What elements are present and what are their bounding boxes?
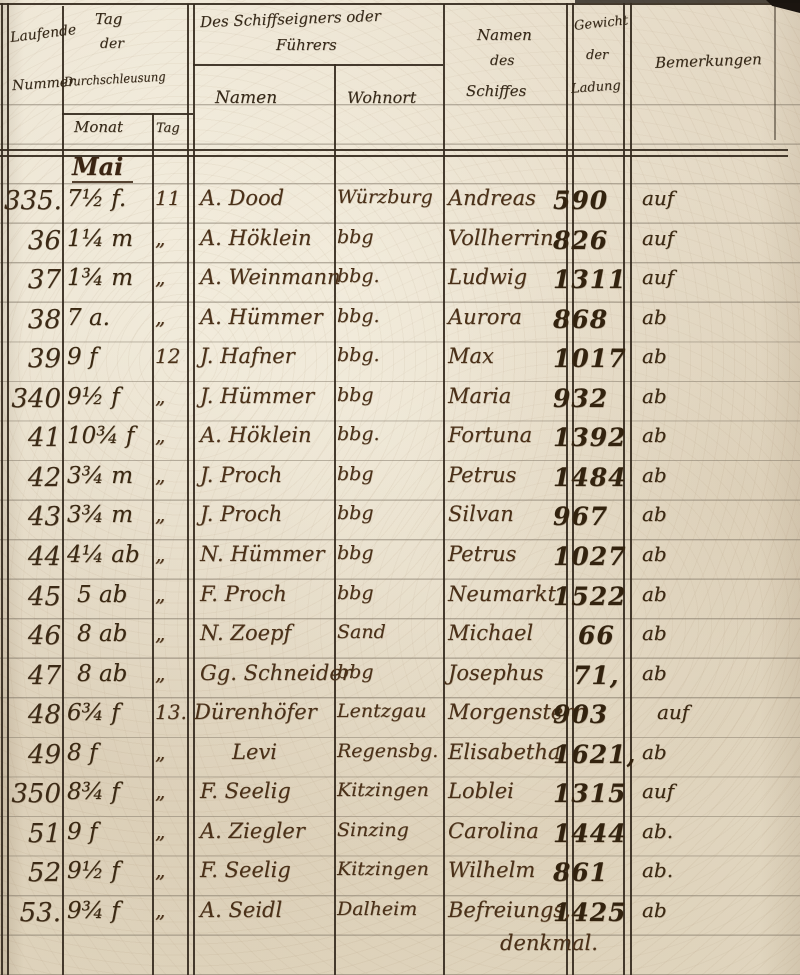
owner-header-split-line xyxy=(193,64,443,66)
cargo-weight-cell: 1425 xyxy=(553,898,627,927)
ship-name-cell: Max xyxy=(448,344,494,368)
col-header-running-number-line1: Laufende xyxy=(9,22,77,46)
lockage-time-cell: 8 ab xyxy=(77,621,127,647)
owner-home-cell: Sinzing xyxy=(337,819,409,841)
owner-home-cell: Kitzingen xyxy=(337,779,429,801)
ship-name-cell: Vollherrin xyxy=(448,226,554,250)
ship-name-cell: Silvan xyxy=(448,502,514,526)
ship-name-cell: Petrus xyxy=(448,463,516,487)
owner-name-cell: A. Höklein xyxy=(200,423,312,447)
owner-name-cell: F. Proch xyxy=(200,582,287,606)
col-header-weight-line3: Ladung xyxy=(571,78,622,96)
col-header-weight-line1: Gewicht xyxy=(573,13,629,34)
row-number: 43 xyxy=(4,502,61,532)
cargo-weight-cell: 1315 xyxy=(553,779,627,808)
table-row: 41 10¾ f „ A. Höklein bbg. Fortuna 1392 … xyxy=(0,423,800,463)
owner-home-cell: bbg xyxy=(337,463,374,485)
row-number: 47 xyxy=(4,661,61,691)
table-row: 44 4¼ ab „ N. Hümmer bbg Petrus 1027 ab xyxy=(0,542,800,582)
lockage-day-cell: „ xyxy=(155,542,165,566)
direction-remark-cell: ab xyxy=(642,621,667,645)
ship-name-cell: Michael xyxy=(448,621,533,645)
cargo-weight-cell: 1311 xyxy=(553,265,627,294)
lockage-day-cell: „ xyxy=(155,621,165,645)
ledger-page: Laufende Nummer Tag der Durchschleusung … xyxy=(0,0,800,975)
ship-name-cell: Aurora xyxy=(448,305,522,329)
cargo-weight-cell: 1522 xyxy=(553,582,627,611)
col-subheader-day: Tag xyxy=(156,121,180,136)
col-header-lockage-line2: der xyxy=(100,36,124,52)
owner-name-cell: A. Seidl xyxy=(200,898,282,922)
lockage-time-cell: 9 f xyxy=(67,819,97,845)
owner-home-cell: bbg xyxy=(337,226,374,248)
owner-name-cell: Levi xyxy=(232,740,277,764)
direction-remark-cell: ab xyxy=(642,463,667,487)
cargo-weight-cell: 1027 xyxy=(553,542,627,571)
direction-remark-cell: ab xyxy=(642,423,667,447)
table-row: 47 8 ab „ Gg. Schneider bbg Josephus 71,… xyxy=(0,661,800,701)
row-number: 340 xyxy=(4,384,61,414)
ship-name-cell: Ludwig xyxy=(448,265,527,289)
row-number: 335. xyxy=(4,186,61,216)
lockage-time-cell: 9¾ f xyxy=(67,898,120,924)
row-number: 44 xyxy=(4,542,61,572)
lockage-time-cell: 1¾ m xyxy=(67,265,133,291)
row-number: 350 xyxy=(4,779,61,809)
direction-remark-cell: ab xyxy=(642,305,667,329)
lockage-time-cell: 9½ f xyxy=(67,384,120,410)
cargo-weight-cell: 71, xyxy=(573,661,620,690)
row-number: 41 xyxy=(4,423,61,453)
lockage-day-cell: 13. xyxy=(155,700,187,724)
col-subheader-owner-home: Wohnort xyxy=(347,88,416,107)
direction-remark-cell: ab xyxy=(642,661,667,685)
direction-remark-cell: auf xyxy=(642,265,674,289)
owner-home-cell: bbg. xyxy=(337,265,380,287)
lockage-day-cell: „ xyxy=(155,463,165,487)
table-row: 49 8 f „ Levi Regensbg. Elisabetha 1621,… xyxy=(0,740,800,780)
lockage-day-cell: „ xyxy=(155,305,165,329)
ship-name-cell: Loblei xyxy=(448,779,514,803)
col-header-lockage-line3: Durchschleusung xyxy=(64,69,166,89)
ship-name-cell: Fortuna xyxy=(448,423,532,447)
col-header-ship-line2: des xyxy=(490,53,514,69)
cargo-weight-cell: 967 xyxy=(553,502,608,531)
owner-name-cell: A. Dood xyxy=(200,186,284,210)
row-number: 39 xyxy=(4,344,61,374)
ship-name-cell: Andreas xyxy=(448,186,536,210)
owner-home-cell: Dalheim xyxy=(337,898,417,920)
date-header-split-line xyxy=(62,113,193,115)
owner-home-cell: bbg xyxy=(337,582,374,604)
lockage-day-cell: „ xyxy=(155,502,165,526)
owner-name-cell: J. Proch xyxy=(200,502,282,526)
row-number: 42 xyxy=(4,463,61,493)
table-row: 51 9 f „ A. Ziegler Sinzing Carolina 144… xyxy=(0,819,800,859)
ship-name-cell: Maria xyxy=(448,384,511,408)
col-subheader-month: Monat xyxy=(74,118,123,136)
col-header-ship-line1: Namen xyxy=(477,26,532,44)
lockage-day-cell: „ xyxy=(155,265,165,289)
lockage-day-cell: „ xyxy=(155,423,165,447)
direction-remark-cell: ab. xyxy=(642,858,673,882)
owner-name-cell: N. Zoepf xyxy=(200,621,291,645)
direction-remark-cell: ab xyxy=(642,898,667,922)
owner-name-cell: J. Hümmer xyxy=(200,384,314,408)
owner-name-cell: A. Höklein xyxy=(200,226,312,250)
row-number: 49 xyxy=(4,740,61,770)
owner-name-cell: A. Weinmann xyxy=(200,265,341,289)
owner-home-cell: Kitzingen xyxy=(337,858,429,880)
header-bottom-line-outer xyxy=(0,149,788,151)
owner-name-cell: F. Seelig xyxy=(200,858,291,882)
table-row: 52 9½ f „ F. Seelig Kitzingen Wilhelm 86… xyxy=(0,858,800,898)
lockage-time-cell: 9½ f xyxy=(67,858,120,884)
lockage-day-cell: 12 xyxy=(155,344,180,368)
owner-home-cell: Lentzgau xyxy=(337,700,426,722)
lockage-time-cell: 7 a. xyxy=(67,305,110,331)
owner-name-cell: N. Hümmer xyxy=(200,542,325,566)
cargo-weight-cell: 826 xyxy=(553,226,608,255)
table-row: 45 5 ab „ F. Proch bbg Neumarkt 1522 ab xyxy=(0,582,800,622)
table-row: 46 8 ab „ N. Zoepf Sand Michael 66 ab xyxy=(0,621,800,661)
col-header-owner-line1: Des Schiffseigners oder xyxy=(200,7,381,31)
owner-home-cell: bbg xyxy=(337,384,374,406)
owner-name-cell: F. Seelig xyxy=(200,779,291,803)
ship-name-cell: Petrus xyxy=(448,542,516,566)
owner-name-cell: J. Proch xyxy=(200,463,282,487)
cargo-weight-cell: 1621, xyxy=(553,740,636,769)
cargo-weight-cell: 932 xyxy=(553,384,608,413)
ship-name-cell: Wilhelm xyxy=(448,858,535,882)
row-number: 53. xyxy=(4,898,61,928)
row-number: 37 xyxy=(4,265,61,295)
owner-name-cell: J. Hafner xyxy=(200,344,295,368)
row-number: 52 xyxy=(4,858,61,888)
owner-home-cell: Würzburg xyxy=(337,186,433,208)
cargo-weight-cell: 66 xyxy=(578,621,615,650)
lockage-day-cell: „ xyxy=(155,898,165,922)
ship-name-cell: Elisabetha xyxy=(448,740,560,764)
table-border-top xyxy=(0,3,788,5)
table-row: 42 3¾ m „ J. Proch bbg Petrus 1484 ab xyxy=(0,463,800,503)
lockage-day-cell: 11 xyxy=(155,186,180,210)
table-border-right xyxy=(774,0,776,140)
direction-remark-cell: auf xyxy=(657,700,689,724)
col-header-lockage-line1: Tag xyxy=(95,10,122,28)
owner-home-cell: bbg xyxy=(337,542,374,564)
lockage-time-cell: 10¾ f xyxy=(67,423,134,449)
cargo-weight-cell: 1392 xyxy=(553,423,627,452)
table-row: 350 8¾ f „ F. Seelig Kitzingen Loblei 13… xyxy=(0,779,800,819)
lockage-day-cell: „ xyxy=(155,740,165,764)
cargo-weight-cell: 1444 xyxy=(553,819,627,848)
table-row: 335. 7½ f. 11 A. Dood Würzburg Andreas 5… xyxy=(0,186,800,226)
col-header-ship-line3: Schiffes xyxy=(466,82,526,100)
col-subheader-owner-name: Namen xyxy=(215,88,277,108)
lockage-time-cell: 3¾ m xyxy=(67,502,133,528)
owner-name-cell: A. Ziegler xyxy=(200,819,305,843)
row-number: 51 xyxy=(4,819,61,849)
lockage-time-cell: 5 ab xyxy=(77,582,127,608)
table-row: 37 1¾ m „ A. Weinmann bbg. Ludwig 1311 a… xyxy=(0,265,800,305)
lockage-time-cell: 9 f xyxy=(67,344,97,370)
row-number: 36 xyxy=(4,226,61,256)
col-header-owner-line2: Führers xyxy=(276,36,337,54)
owner-name-cell: Dürenhöfer xyxy=(194,700,317,724)
owner-home-cell: bbg. xyxy=(337,423,380,445)
direction-remark-cell: ab xyxy=(642,384,667,408)
month-section-label: Mai xyxy=(72,152,133,183)
direction-remark-cell: auf xyxy=(642,779,674,803)
lockage-day-cell: „ xyxy=(155,226,165,250)
direction-remark-cell: ab xyxy=(642,344,667,368)
table-row: 43 3¾ m „ J. Proch bbg Silvan 967 ab xyxy=(0,502,800,542)
table-row: 48 6¾ f 13. Dürenhöfer Lentzgau Morgenst… xyxy=(0,700,800,740)
row-number: 48 xyxy=(4,700,61,730)
lockage-time-cell: 8 ab xyxy=(77,661,127,687)
lockage-day-cell: „ xyxy=(155,779,165,803)
col-header-remarks: Bemerkungen xyxy=(655,50,762,72)
owner-home-cell: Regensbg. xyxy=(337,740,438,762)
ship-name-cell: Neumarkt xyxy=(448,582,556,606)
lockage-day-cell: „ xyxy=(155,819,165,843)
lockage-time-cell: 3¾ m xyxy=(67,463,133,489)
lockage-day-cell: „ xyxy=(155,858,165,882)
cargo-weight-cell: 1484 xyxy=(553,463,627,492)
direction-remark-cell: auf xyxy=(642,186,674,210)
direction-remark-cell: ab xyxy=(642,542,667,566)
lockage-time-cell: 6¾ f xyxy=(67,700,120,726)
owner-name-cell: A. Hümmer xyxy=(200,305,323,329)
table-row: 340 9½ f „ J. Hümmer bbg Maria 932 ab xyxy=(0,384,800,424)
ship-name-cell: Josephus xyxy=(448,661,544,685)
scan-edge-shadow xyxy=(575,0,800,3)
lockage-day-cell: „ xyxy=(155,582,165,606)
row-number: 46 xyxy=(4,621,61,651)
lockage-time-cell: 1¼ m xyxy=(67,226,133,252)
direction-remark-cell: ab xyxy=(642,502,667,526)
cargo-weight-cell: 590 xyxy=(553,186,608,215)
ship-name-cell-line2: denkmal. xyxy=(500,931,598,955)
owner-home-cell: bbg xyxy=(337,661,374,683)
table-row: 53. 9¾ f „ A. Seidl Dalheim Befreiungs, … xyxy=(0,898,800,938)
cargo-weight-cell: 868 xyxy=(553,305,608,334)
table-row: 38 7 a. „ A. Hümmer bbg. Aurora 868 ab xyxy=(0,305,800,345)
direction-remark-cell: auf xyxy=(642,226,674,250)
lockage-time-cell: 4¼ ab xyxy=(67,542,140,568)
lockage-day-cell: „ xyxy=(155,661,165,685)
table-row: 39 9 f 12 J. Hafner bbg. Max 1017 ab xyxy=(0,344,800,384)
owner-home-cell: Sand xyxy=(337,621,386,643)
lockage-time-cell: 8 f xyxy=(67,740,97,766)
table-row: 36 1¼ m „ A. Höklein bbg Vollherrin 826 … xyxy=(0,226,800,266)
direction-remark-cell: ab xyxy=(642,582,667,606)
cargo-weight-cell: 1017 xyxy=(553,344,627,373)
owner-home-cell: bbg. xyxy=(337,344,380,366)
cargo-weight-cell: 903 xyxy=(553,700,608,729)
owner-name-cell: Gg. Schneider xyxy=(200,661,352,685)
owner-home-cell: bbg. xyxy=(337,305,380,327)
lockage-time-cell: 7½ f. xyxy=(67,186,126,212)
owner-home-cell: bbg xyxy=(337,502,374,524)
direction-remark-cell: ab xyxy=(642,740,667,764)
ship-name-cell: Carolina xyxy=(448,819,539,843)
lockage-day-cell: „ xyxy=(155,384,165,408)
lockage-time-cell: 8¾ f xyxy=(67,779,120,805)
direction-remark-cell: ab. xyxy=(642,819,673,843)
cargo-weight-cell: 861 xyxy=(553,858,608,887)
row-number: 45 xyxy=(4,582,61,612)
row-number: 38 xyxy=(4,305,61,335)
col-header-weight-line2: der xyxy=(586,48,608,63)
